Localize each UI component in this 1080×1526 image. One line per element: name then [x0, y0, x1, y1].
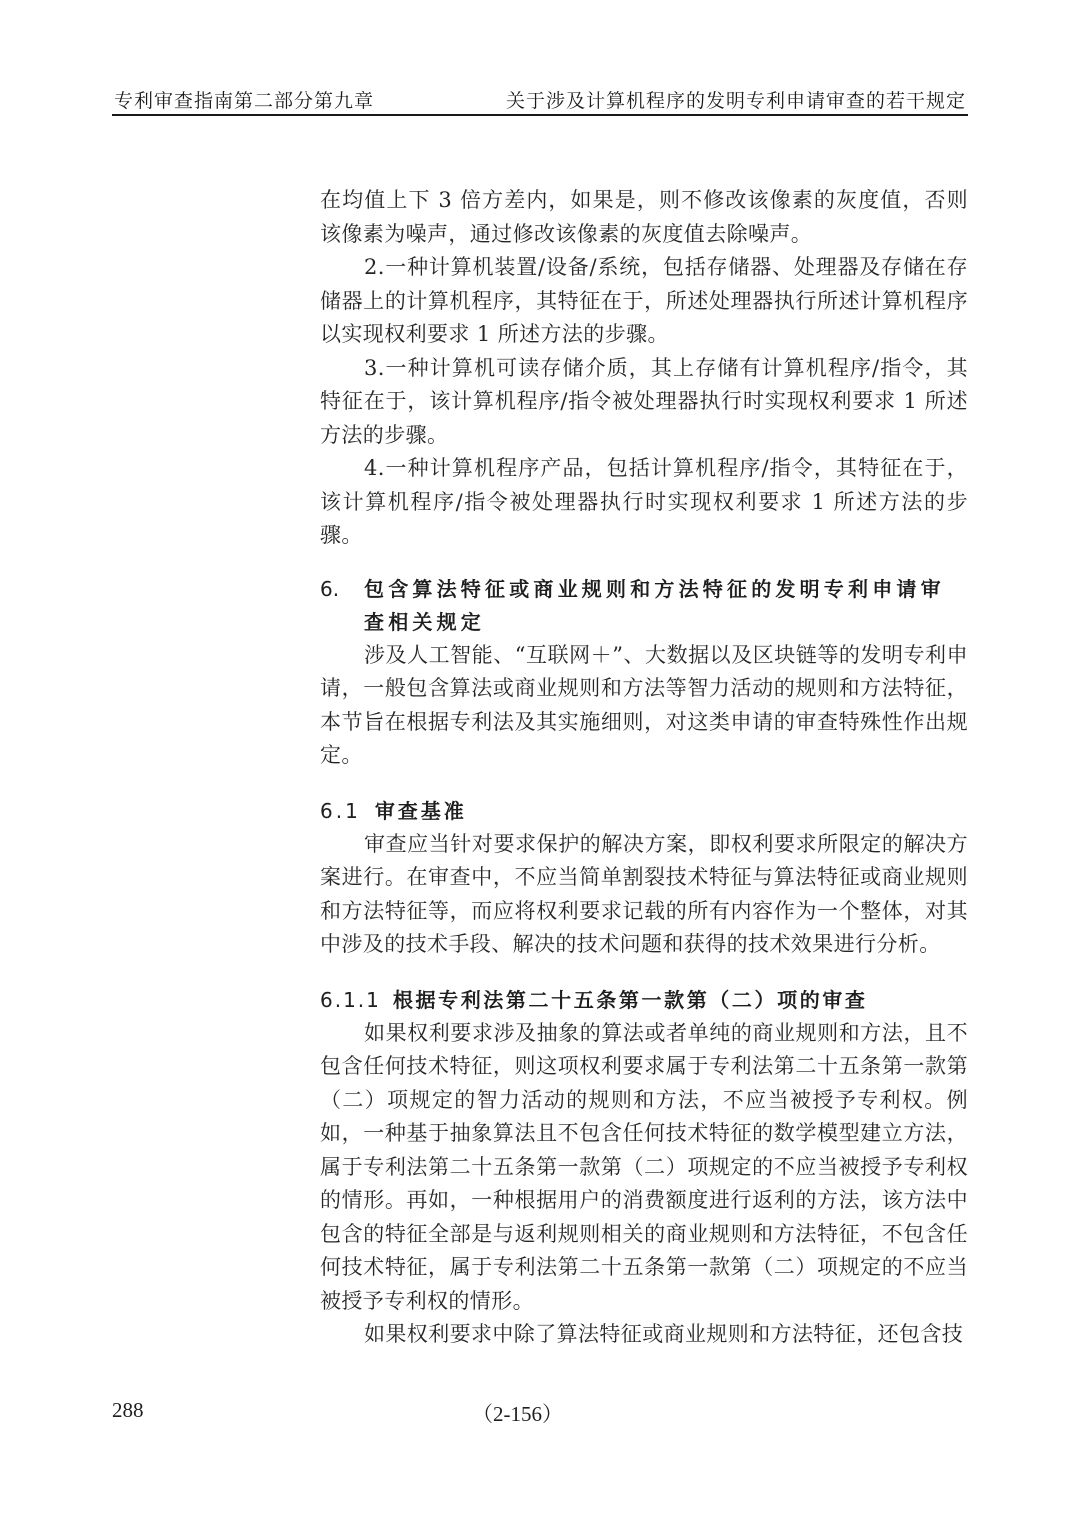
section-6-number: 6.	[320, 573, 339, 606]
continuation-paragraph: 在均值上下 3 倍方差内，如果是，则不修改该像素的灰度值，否则该像素为噪声，通过…	[320, 184, 968, 251]
section-6-1-1-paragraph-2: 如果权利要求中除了算法特征或商业规则和方法特征，还包含技	[320, 1318, 968, 1352]
section-6-paragraph: 涉及人工智能、“互联网＋”、大数据以及区块链等的发明专利申请，一般包含算法或商业…	[320, 639, 968, 773]
page-body: 在均值上下 3 倍方差内，如果是，则不修改该像素的灰度值，否则该像素为噪声，通过…	[320, 184, 968, 1352]
header-section-title: 关于涉及计算机程序的发明专利申请审查的若干规定	[506, 86, 966, 113]
page-number: 288	[112, 1398, 144, 1423]
claim-2-paragraph: 2.一种计算机装置/设备/系统，包括存储器、处理器及存储在存储器上的计算机程序，…	[320, 251, 968, 352]
section-6-1-heading: 6.1审查基准	[320, 795, 968, 828]
section-6-1-paragraph: 审查应当针对要求保护的解决方案，即权利要求所限定的解决方案进行。在审查中，不应当…	[320, 828, 968, 962]
section-6-1-1-number: 6.1.1	[320, 984, 381, 1017]
section-6-1-1-heading: 6.1.1根据专利法第二十五条第一款第（二）项的审查	[320, 984, 968, 1017]
header-chapter-title: 专利审查指南第二部分第九章	[114, 86, 374, 113]
claim-3-paragraph: 3.一种计算机可读存储介质，其上存储有计算机程序/指令，其特征在于，该计算机程序…	[320, 352, 968, 453]
claim-4-paragraph: 4.一种计算机程序产品，包括计算机程序/指令，其特征在于，该计算机程序/指令被处…	[320, 452, 968, 553]
section-6-1-1-paragraph-1: 如果权利要求涉及抽象的算法或者单纯的商业规则和方法，且不包含任何技术特征，则这项…	[320, 1017, 968, 1319]
section-6-1-number: 6.1	[320, 795, 361, 828]
section-6-heading: 6. 包含算法特征或商业规则和方法特征的发明专利申请审查相关规定	[320, 573, 968, 639]
section-page-code: （2-156）	[472, 1398, 563, 1428]
section-6-title: 包含算法特征或商业规则和方法特征的发明专利申请审查相关规定	[364, 577, 945, 634]
section-6-1-title: 审查基准	[375, 799, 467, 823]
running-header: 专利审查指南第二部分第九章 关于涉及计算机程序的发明专利申请审查的若干规定	[112, 86, 968, 116]
section-6-1-1-title: 根据专利法第二十五条第一款第（二）项的审查	[393, 988, 868, 1012]
